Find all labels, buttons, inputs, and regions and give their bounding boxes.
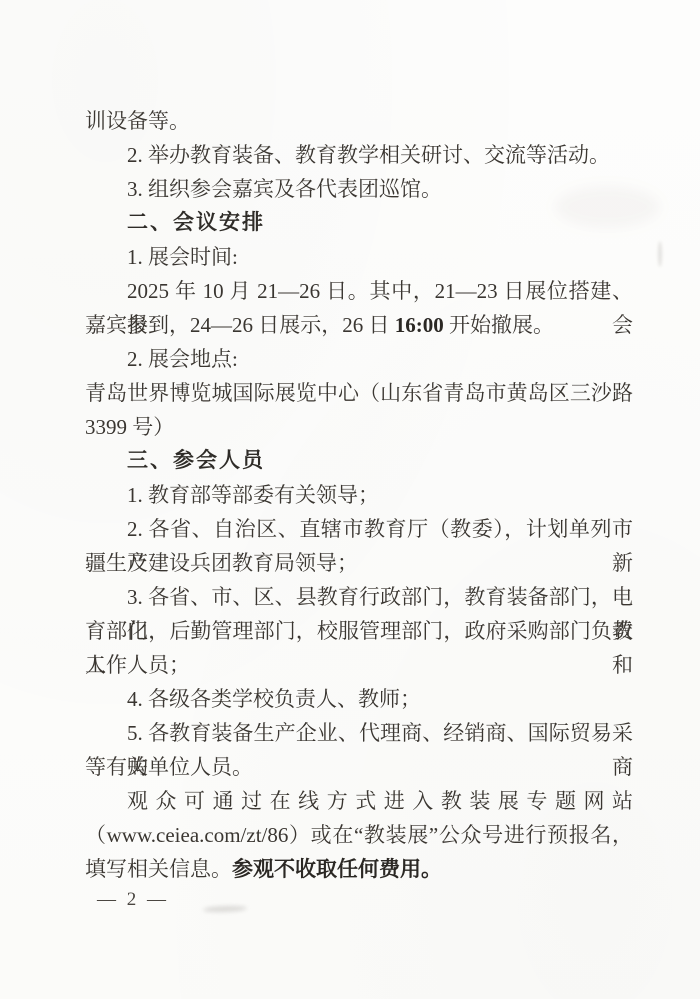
registration-line-3-pre: 填写相关信息。 — [85, 857, 232, 881]
section-heading-participants: 三、参会人员 — [85, 444, 633, 478]
participant-item-5-line-1: 5. 各教育装备生产企业、代理商、经销商、国际贸易采购商 — [85, 716, 633, 750]
participant-item-3-line-2: 育部门，后勤管理部门，校服管理部门，政府采购部门负责人和 — [85, 614, 633, 648]
task-item-2: 2. 举办教育装备、教育教学相关研讨、交流等活动。 — [85, 138, 633, 172]
page-number: — 2 — — [97, 888, 169, 912]
registration-line-2: （www.ceiea.com/zt/86）或在“教装展”公众号进行预报名， — [85, 818, 633, 852]
section-heading-meeting: 二、会议安排 — [85, 206, 633, 240]
venue-line-2: 3399 号） — [85, 410, 633, 444]
exhibition-time-line-2: 嘉宾报到，24—26 日展示，26 日 16:00 开始撤展。 — [85, 308, 633, 342]
venue-label: 2. 展会地点: — [85, 342, 633, 376]
task-item-3: 3. 组织参会嘉宾及各代表团巡馆。 — [85, 172, 633, 206]
exhibition-time-line-2-post: 开始撤展。 — [444, 313, 554, 337]
continuation-line: 训设备等。 — [85, 104, 633, 138]
document-page: 训设备等。 2. 举办教育装备、教育教学相关研讨、交流等活动。 3. 组织参会嘉… — [0, 0, 700, 999]
participant-item-3-line-1: 3. 各省、市、区、县教育行政部门，教育装备部门，电化教 — [85, 580, 633, 614]
document-body: 训设备等。 2. 举办教育装备、教育教学相关研讨、交流等活动。 3. 组织参会嘉… — [85, 104, 633, 886]
exhibition-time-line-2-pre: 嘉宾报到，24—26 日展示，26 日 — [85, 313, 395, 337]
scan-artifact — [203, 905, 247, 913]
participant-item-2-line-1: 2. 各省、自治区、直辖市教育厅（教委），计划单列市及新 — [85, 512, 633, 546]
participant-item-4: 4. 各级各类学校负责人、教师； — [85, 682, 633, 716]
exhibition-time-line-1: 2025 年 10 月 21—26 日。其中，21—23 日展位搭建、参会 — [85, 274, 633, 308]
registration-line-1: 观众可通过在线方式进入教装展专题网站 — [85, 784, 633, 818]
exhibition-time-label: 1. 展会时间: — [85, 240, 633, 274]
scan-artifact — [658, 241, 662, 267]
registration-line-3: 填写相关信息。参观不收取任何费用。 — [85, 852, 633, 886]
participant-item-1: 1. 教育部等部委有关领导； — [85, 478, 633, 512]
dismantle-time: 16:00 — [395, 313, 444, 337]
free-admission-note: 参观不收取任何费用。 — [232, 857, 442, 881]
venue-line-1: 青岛世界博览城国际展览中心（山东省青岛市黄岛区三沙路 — [85, 376, 633, 410]
